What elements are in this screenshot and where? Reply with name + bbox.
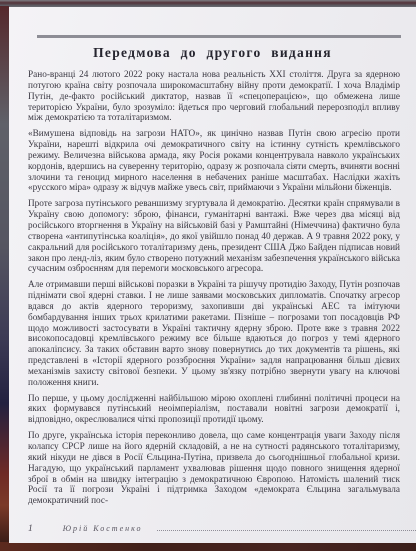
page-body: Рано-вранці 24 лютого 2022 року настала … <box>28 70 400 507</box>
paragraph-3: Проте загроза путінського реваншизму згу… <box>28 199 400 275</box>
book-spine-edge <box>0 6 9 543</box>
page-footer: 1 Юрій Костенко <box>28 520 416 534</box>
paragraph-5: По перше, у цьому дослідженні найбільшою… <box>28 394 400 427</box>
paragraph-6: По друге, українська історія переконливо… <box>28 431 400 507</box>
book-page-photo: Передмова до другого видання Рано-вранці… <box>0 0 416 551</box>
paragraph-2: «Вимушена відповідь на загрози НАТО», як… <box>28 129 400 194</box>
book-page: Передмова до другого видання Рано-вранці… <box>9 7 416 543</box>
running-author: Юрій Костенко <box>63 524 143 534</box>
header-rule <box>37 35 401 38</box>
photo-background-bottom <box>0 542 416 551</box>
dotted-leader <box>157 529 416 531</box>
page-title: Передмова до другого видання <box>9 45 416 61</box>
paragraph-4: Але отримавши перші військові поразки в … <box>28 280 400 388</box>
page-number: 1 <box>28 524 33 534</box>
paragraph-1: Рано-вранці 24 лютого 2022 року настала … <box>28 70 400 124</box>
